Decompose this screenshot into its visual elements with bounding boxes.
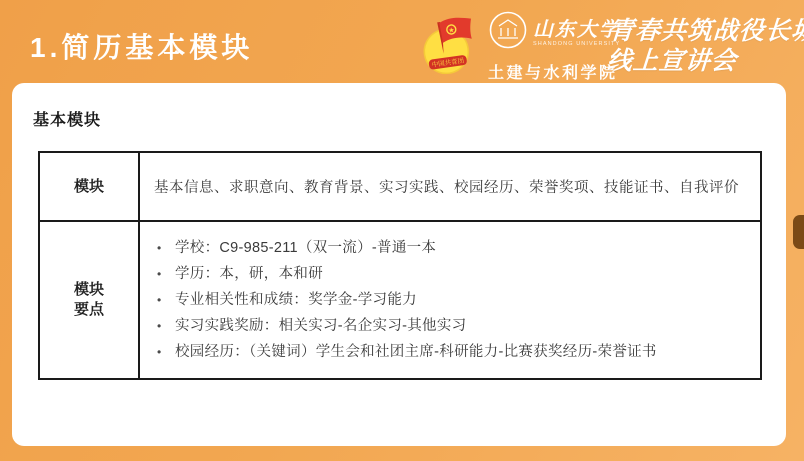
row-label-line2: 要点 — [41, 300, 137, 320]
section-heading: 基本模块 — [33, 107, 101, 130]
key-points-cell: 学校：C9-985-211（双一流）-普通一本 学历：本，研，本和研 专业相关性… — [139, 221, 761, 379]
table-row-key-points: 模块 要点 学校：C9-985-211（双一流）-普通一本 学历：本，研，本和研… — [39, 221, 761, 379]
key-points-list: 学校：C9-985-211（双一流）-普通一本 学历：本，研，本和研 专业相关性… — [141, 225, 759, 375]
table-row-modules: 模块 基本信息、求职意向、教育背景、实习实践、校园经历、荣誉奖项、技能证书、自我… — [39, 152, 761, 221]
youth-league-badge-icon: ★ 中国共青团 — [413, 9, 485, 81]
row-label-line1: 模块 — [41, 280, 137, 300]
university-logo: 山东大学 SHANDONG UNIVERSITY 土建与水利学院 — [488, 10, 606, 82]
svg-text:★: ★ — [448, 26, 455, 35]
content-panel: 基本模块 模块 基本信息、求职意向、教育背景、实习实践、校园经历、荣誉奖项、技能… — [12, 83, 786, 446]
event-title-line1: 青春共筑战役长城 — [608, 16, 804, 46]
college-name: 土建与水利学院 — [488, 60, 606, 83]
row-label-modules: 模块 — [39, 152, 139, 221]
logo-strip: ★ 中国共青团 — [408, 4, 804, 84]
event-title-line2: 线上宣讲会 — [606, 46, 804, 76]
modules-table: 模块 基本信息、求职意向、教育背景、实习实践、校园经历、荣誉奖项、技能证书、自我… — [38, 151, 762, 380]
modules-list-cell: 基本信息、求职意向、教育背景、实习实践、校园经历、荣誉奖项、技能证书、自我评价 — [139, 152, 761, 221]
list-item: 专业相关性和成绩：奖学金-学习能力 — [153, 287, 749, 313]
list-item: 实习实践奖励：相关实习-名企实习-其他实习 — [153, 313, 749, 339]
list-item: 校园经历：（关键词）学生会和社团主席-科研能力-比赛获奖经历-荣誉证书 — [153, 339, 749, 365]
slide: 1.简历基本模块 ★ 中国共青团 — [0, 0, 804, 461]
list-item: 学历：本，研，本和研 — [153, 261, 749, 287]
list-item: 学校：C9-985-211（双一流）-普通一本 — [153, 235, 749, 261]
right-edge-tab[interactable] — [793, 215, 804, 249]
university-seal-icon — [488, 10, 528, 55]
row-label-key-points: 模块 要点 — [39, 221, 139, 379]
page-title: 1.简历基本模块 — [30, 26, 253, 66]
event-title: 青春共筑战役长城 线上宣讲会 — [606, 16, 804, 76]
